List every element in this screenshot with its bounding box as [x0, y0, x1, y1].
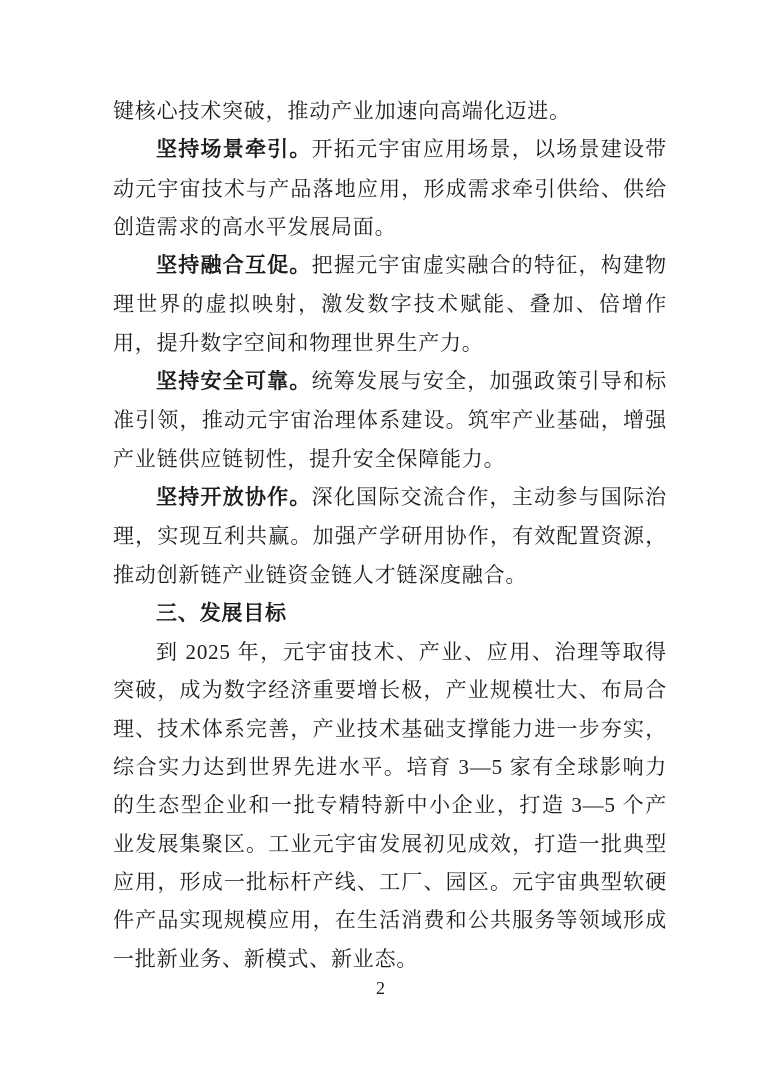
section-heading: 三、发展目标: [113, 594, 667, 633]
paragraph-bold-lead: 坚持融合互促。: [156, 254, 312, 277]
paragraph-text: 键核心技术突破，推动产业加速向高端化迈进。: [113, 99, 571, 123]
paragraph-bold-lead: 坚持场景牵引。: [156, 138, 312, 161]
section-heading-text: 三、发展目标: [156, 602, 287, 625]
paragraph-bold-lead: 坚持开放协作。: [156, 486, 312, 509]
page-number: 2: [0, 977, 761, 999]
paragraph-bold-lead: 坚持安全可靠。: [156, 370, 312, 393]
paragraph-scene-guidance: 坚持场景牵引。开拓元宇宙应用场景，以场景建设带动元宇宙技术与产品落地应用，形成需…: [113, 130, 667, 246]
paragraph-development-goals: 到 2025 年，元宇宙技术、产业、应用、治理等取得突破，成为数字经济重要增长极…: [113, 633, 667, 978]
document-page: 键核心技术突破，推动产业加速向高端化迈进。 坚持场景牵引。开拓元宇宙应用场景，以…: [0, 0, 761, 1078]
paragraph-safety-reliability: 坚持安全可靠。统筹发展与安全，加强政策引导和标准引领，推动元宇宙治理体系建设。筑…: [113, 362, 667, 478]
document-body: 键核心技术突破，推动产业加速向高端化迈进。 坚持场景牵引。开拓元宇宙应用场景，以…: [113, 92, 667, 978]
paragraph-text: 到 2025 年，元宇宙技术、产业、应用、治理等取得突破，成为数字经济重要增长极…: [113, 640, 667, 970]
paragraph-open-collaboration: 坚持开放协作。深化国际交流合作，主动参与国际治理，实现互利共赢。加强产学研用协作…: [113, 478, 667, 594]
paragraph-continuation: 键核心技术突破，推动产业加速向高端化迈进。: [113, 92, 667, 130]
paragraph-integration-promotion: 坚持融合互促。把握元宇宙虚实融合的特征，构建物理世界的虚拟映射，激发数字技术赋能…: [113, 246, 667, 362]
